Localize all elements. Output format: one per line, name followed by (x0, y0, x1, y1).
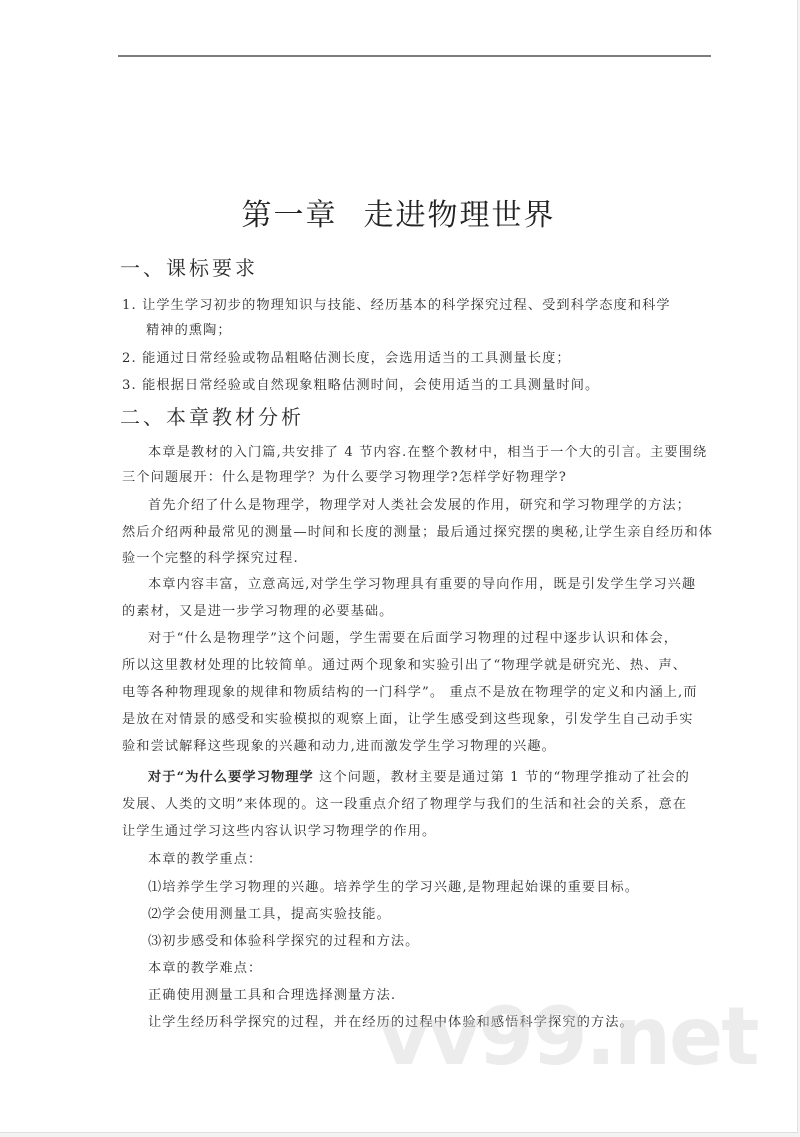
analysis-line-15: 让学生通过学习这些内容认识学习物理学的作用。 (122, 820, 436, 839)
analysis-line-8: 对于“什么是物理学”这个问题，学生需要在后面学习物理的过程中逐步认识和体会， (148, 627, 678, 646)
curriculum-item-1: 1. 让学生学习初步的物理知识与技能、经历基本的科学探究过程、受到科学态度和科学 (122, 294, 671, 313)
teaching-focus-item-3: ⑶初步感受和体验科学探究的过程和方法。 (148, 930, 419, 949)
watermark: vv99.net (378, 990, 757, 1083)
section-heading-analysis: 二、本章教材分析 (120, 401, 304, 430)
teaching-focus-label: 本章的教学重点： (148, 848, 262, 867)
curriculum-item-3: 3. 能根据日常经验或自然现象粗略估测时间，会使用适当的工具测量时间。 (122, 374, 599, 393)
analysis-line-12: 验和尝试解释这些现象的兴趣和动力,进而激发学生学习物理的兴趣。 (122, 735, 556, 754)
document-page: 第一章走进物理世界 一、课标要求 1. 让学生学习初步的物理知识与技能、经历基本… (0, 0, 798, 1133)
analysis-why-rest: 这个问题，教材主要是通过第 1 节的“物理学推动了社会的 (314, 770, 690, 785)
analysis-line-7: 的素材，又是进一步学习物理的必要基础。 (122, 600, 393, 619)
teaching-focus-item-2: ⑵学会使用测量工具，提高实验技能。 (148, 903, 391, 922)
chapter-title: 第一章走进物理世界 (0, 190, 797, 234)
teaching-difficulty-label: 本章的教学难点： (148, 957, 262, 976)
analysis-line-4: 然后介绍两种最常见的测量—时间和长度的测量；最后通过探究摆的奥秘,让学生亲自经历… (122, 521, 713, 540)
analysis-line-9: 所以这里教材处理的比较简单。通过两个现象和实验引出了“物理学就是研究光、热、声、 (122, 654, 687, 673)
curriculum-item-2: 2. 能通过日常经验或物品粗略估测长度，会选用适当的工具测量长度； (122, 347, 571, 366)
analysis-why-bold: 对于“为什么要学习物理学 (148, 770, 314, 785)
curriculum-item-1-cont: 精神的熏陶； (146, 319, 232, 338)
analysis-line-3: 首先介绍了什么是物理学，物理学对人类社会发展的作用，研究和学习物理学的方法； (148, 494, 691, 513)
analysis-line-14: 发展、人类的文明”来体现的。这一段重点介绍了物理学与我们的生活和社会的关系，意在 (122, 793, 687, 812)
analysis-line-11: 是放在对情景的感受和实验模拟的观察上面，让学生感受到这些现象，引发学生自己动手实 (122, 708, 694, 727)
teaching-difficulty-item-1: 正确使用测量工具和合理选择测量方法. (148, 984, 396, 1003)
header-rule (118, 55, 711, 57)
analysis-line-6: 本章内容丰富，立意高远,对学生学习物理具有重要的导向作用，既是引发学生学习兴趣 (148, 573, 696, 592)
chapter-number: 第一章 (242, 198, 338, 233)
analysis-why-line: 对于“为什么要学习物理学 这个问题，教材主要是通过第 1 节的“物理学推动了社会… (148, 766, 690, 785)
analysis-line-1: 本章是教材的入门篇,共安排了 4 节内容.在整个教材中，相当于一个大的引言。主要… (148, 441, 707, 460)
analysis-line-2: 三个问题展开：什么是物理学？为什么要学习物理学?怎样学好物理学? (122, 466, 567, 485)
analysis-line-10: 电等各种物理现象的规律和物质结构的一门科学”。 重点不是放在物理学的定义和内涵上… (122, 681, 698, 700)
chapter-name: 走进物理世界 (364, 198, 556, 233)
teaching-focus-item-1: ⑴培养学生学习物理的兴趣。培养学生的学习兴趣,是物理起始课的重要目标。 (148, 876, 639, 895)
teaching-difficulty-item-2: 让学生经历科学探究的过程，并在经历的过程中体验和感悟科学探究的方法。 (148, 1011, 634, 1030)
section-heading-curriculum: 一、课标要求 (120, 252, 258, 281)
analysis-line-5: 验一个完整的科学探究过程. (122, 547, 299, 566)
